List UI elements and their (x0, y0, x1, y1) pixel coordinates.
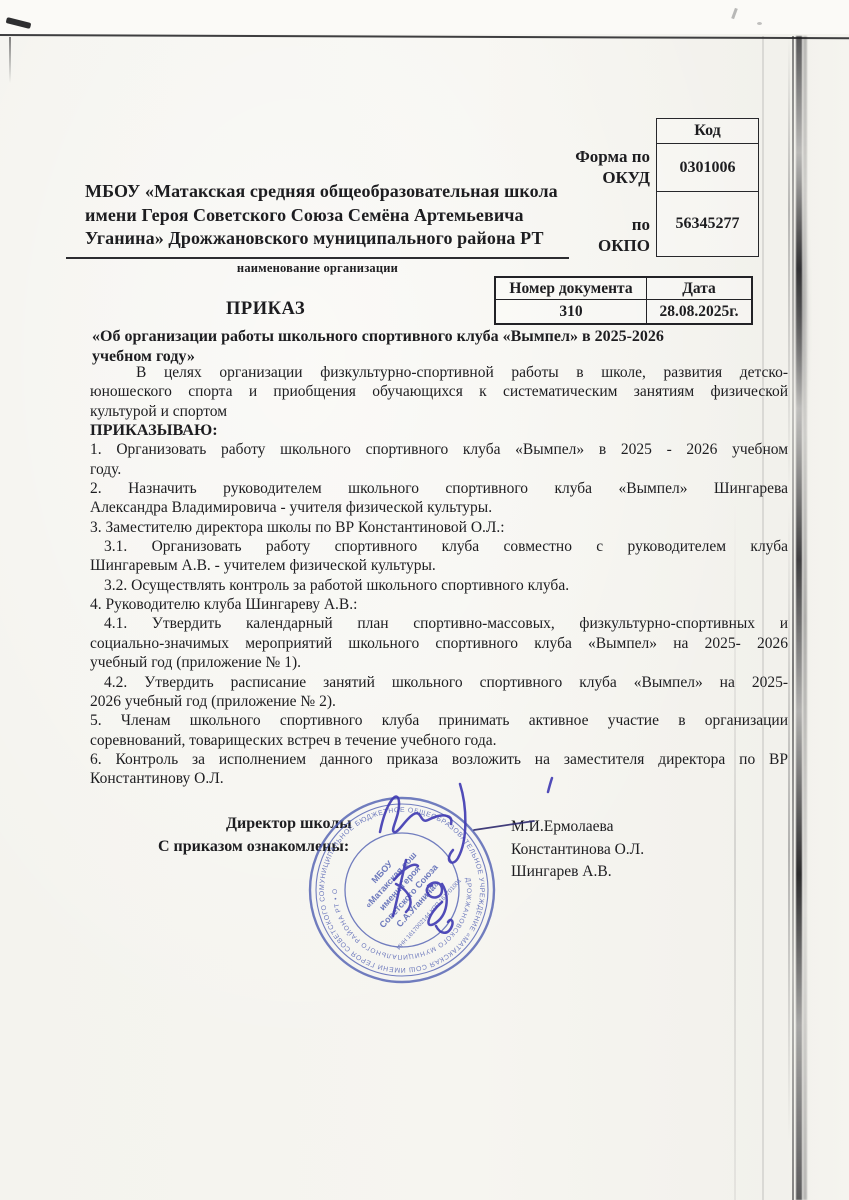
order-body-text: В целях организации физкультурно-спортив… (90, 363, 788, 789)
scan-speck (757, 22, 762, 25)
document-number: 310 (496, 299, 647, 323)
body-line: 2. Назначить руководителем школьного спо… (90, 479, 788, 498)
organization-caption: наименование организации (66, 261, 569, 276)
body-line: культурой и спортом (90, 402, 788, 421)
code-table-header: Код (657, 119, 758, 143)
body-line: учебный год (приложение № 1). (90, 653, 788, 672)
body-line: соревнований, товарищеских встреч в тече… (90, 731, 788, 750)
body-line: Шингаревым А.В. - учителем физической ку… (90, 556, 788, 575)
document-type-title: ПРИКАЗ (226, 299, 305, 320)
organization-name-line1: МБОУ «Матакская средняя общеобразователь… (85, 180, 585, 204)
scan-streak (796, 36, 802, 1200)
body-line: 3.2. Осуществлять контроль за работой шк… (90, 576, 788, 595)
body-line: ПРИКАЗЫВАЮ: (90, 421, 788, 440)
okud-label-line1: Форма по (528, 146, 650, 167)
organization-name-line2: имени Героя Советского Союза Семёна Арте… (85, 204, 585, 228)
body-line: 3. Заместителю директора школы по ВР Кон… (90, 518, 788, 537)
body-line: юношеского спорта и приобщения обучающих… (90, 382, 788, 401)
body-line: 5. Членам школьного спортивного клуба пр… (90, 711, 788, 730)
scan-streak (792, 36, 794, 1200)
handwritten-signature-icon (336, 768, 576, 938)
code-table: Код 0301006 56345277 (656, 118, 759, 257)
organization-name: МБОУ «Матакская средняя общеобразователь… (85, 180, 585, 251)
okpo-value: 56345277 (657, 191, 758, 256)
scan-top-edge-line (0, 34, 849, 39)
body-line: 4.1. Утвердить календарный план спортивн… (90, 614, 788, 633)
document-date: 28.08.2025г. (647, 299, 751, 323)
body-line: 6. Контроль за исполнением данного прика… (90, 750, 788, 769)
body-line: 2026 учебный год (приложение № 2). (90, 692, 788, 711)
body-line: 3.1. Организовать работу спортивного клу… (90, 537, 788, 556)
body-line: 4.2. Утвердить расписание занятий школьн… (90, 673, 788, 692)
organization-name-line3: Уганина» Дрожжановского муниципального р… (85, 227, 585, 251)
body-line: 1. Организовать работу школьного спортив… (90, 440, 788, 459)
body-line: В целях организации физкультурно-спортив… (90, 363, 788, 382)
body-line: социально-значимых мероприятий школьного… (90, 634, 788, 653)
body-line: Александра Владимировича - учителя физич… (90, 498, 788, 517)
number-column-header: Номер документа (496, 278, 647, 299)
scan-corner-streak (9, 37, 11, 83)
scan-smudge (793, 180, 809, 440)
body-line: году. (90, 460, 788, 479)
date-column-header: Дата (647, 278, 751, 299)
scan-top-strip (0, 0, 849, 34)
organization-underline (66, 257, 569, 259)
order-subject: «Об организации работы школьного спортив… (92, 327, 798, 367)
body-line: 4. Руководителю клуба Шингареву А.В.: (90, 595, 788, 614)
scan-streak (803, 36, 807, 1200)
scanned-order-document: Форма по ОКУД по ОКПО Код 0301006 563452… (0, 0, 849, 1200)
scan-streak (788, 36, 790, 1200)
okud-value: 0301006 (657, 143, 758, 191)
order-subject-line1: «Об организации работы школьного спортив… (92, 327, 798, 347)
document-number-table: Номер документа Дата 310 28.08.2025г. (494, 276, 753, 325)
